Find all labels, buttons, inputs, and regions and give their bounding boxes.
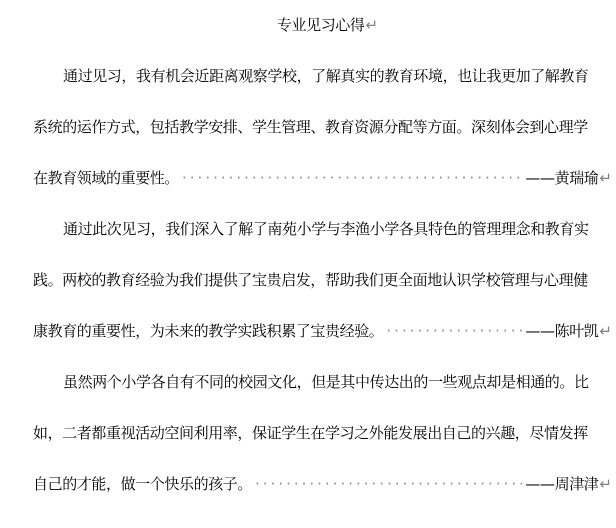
paragraph-3-last-line: 自己的才能，做一个快乐的孩子。 ························…	[33, 459, 590, 510]
title-line: 专业见习心得↵	[33, 0, 590, 51]
pilcrow-mark-icon: ↵	[365, 16, 379, 34]
paragraph-3-line-2: 如，二者都重视活动空间利用率，保证学生在学习之外能发展出自己的兴趣，尽情发挥	[33, 408, 590, 459]
paragraph-2-line-3: 康教育的重要性，为未来的教学实践积累了宝贵经验。	[33, 306, 383, 357]
paragraph-2-line-1: 通过此次见习，我们深入了解了南苑小学与李渔小学各具特色的管理理念和教育实	[33, 204, 590, 255]
document-page: 专业见习心得↵ 通过见习，我有机会近距离观察学校，了解真实的教育环境，也让我更加…	[0, 0, 616, 528]
author-name-3: ——周津津	[525, 459, 598, 510]
paragraph-3-line-3: 自己的才能，做一个快乐的孩子。	[33, 459, 252, 510]
paragraph-2-line-2: 践。两校的教育经验为我们提供了宝贵启发，帮助我们更全面地认识学校管理与心理健	[33, 255, 590, 306]
pilcrow-mark-icon: ↵	[598, 306, 612, 357]
paragraph-1-last-line: 在教育领域的重要性。 ·····························…	[33, 153, 590, 204]
paragraph-2-last-line: 康教育的重要性，为未来的教学实践积累了宝贵经验。 ···············…	[33, 306, 590, 357]
paragraph-1-line-2: 系统的运作方式，包括教学安排、学生管理、教育资源分配等方面。深刻体会到心理学	[33, 102, 590, 153]
pilcrow-mark-icon: ↵	[598, 459, 612, 510]
author-name-1: ——黄瑞瑜	[525, 153, 598, 204]
paragraph-1-line-1: 通过见习，我有机会近距离观察学校，了解真实的教育环境，也让我更加了解教育	[33, 51, 590, 102]
paragraph-1-line-3: 在教育领域的重要性。	[33, 153, 179, 204]
pilcrow-mark-icon: ↵	[598, 153, 612, 204]
dot-leader: ········································…	[255, 459, 522, 510]
dot-leader: ········································…	[182, 153, 522, 204]
author-name-2: ——陈叶凯	[525, 306, 598, 357]
dot-leader: ········································…	[386, 306, 522, 357]
page-title: 专业见习心得	[277, 16, 365, 34]
paragraph-3-line-1: 虽然两个小学各自有不同的校园文化，但是其中传达出的一些观点却是相通的。比	[33, 357, 590, 408]
